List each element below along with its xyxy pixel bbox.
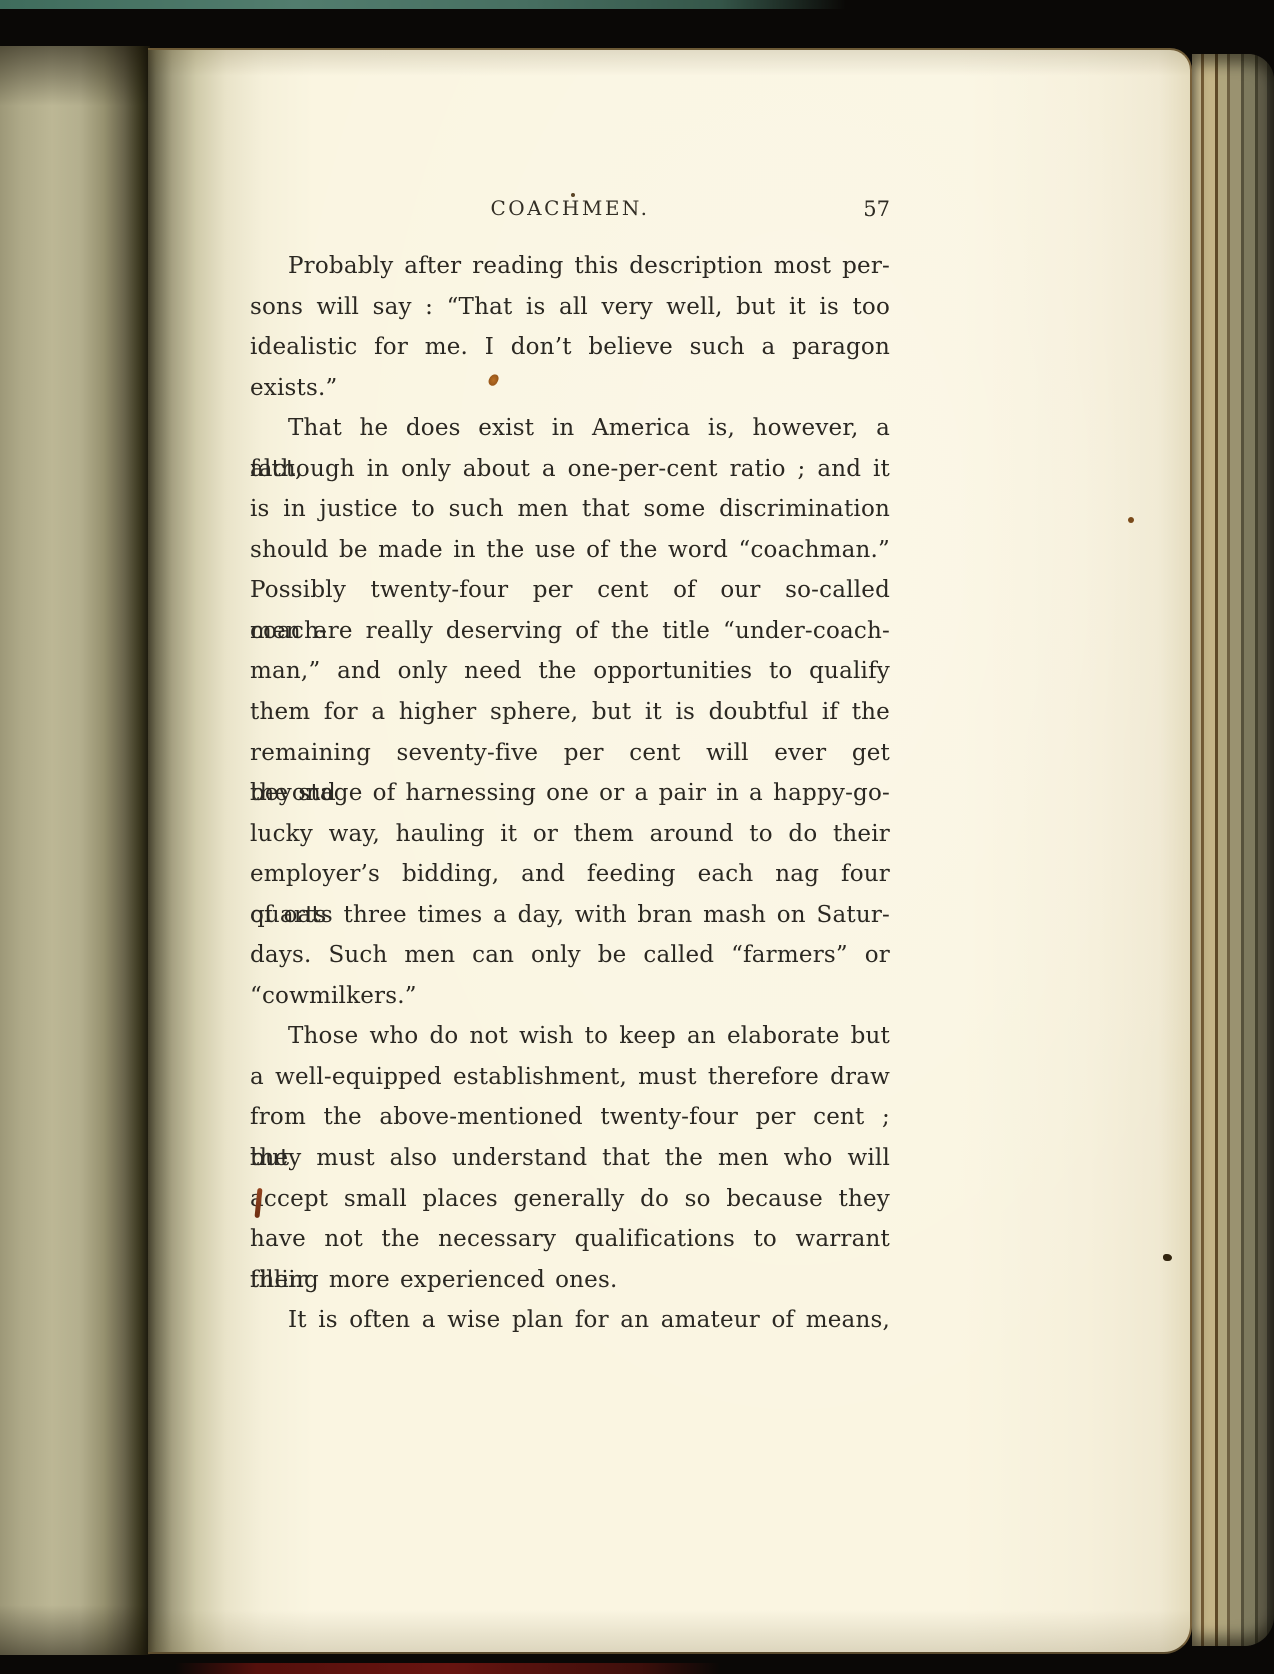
book-scan: COACHMEN. 57 Probably after reading this… xyxy=(0,0,1274,1674)
text-line: Those who do not wish to keep an elabora… xyxy=(250,1016,890,1057)
text-line: lucky way, hauling it or them around to … xyxy=(250,814,890,855)
text-line: It is often a wise plan for an amateur o… xyxy=(250,1300,890,1341)
text-line: of oats three times a day, with bran mas… xyxy=(250,895,890,936)
foxing-spot xyxy=(1128,517,1134,523)
text-line: men are really deserving of the title “u… xyxy=(250,611,890,652)
text-line: accept small places generally do so beca… xyxy=(250,1179,890,1220)
text-line: they must also understand that the men w… xyxy=(250,1138,890,1179)
foxing-spot xyxy=(1163,1254,1172,1261)
text-line: the stage of harnessing one or a pair in… xyxy=(250,773,890,814)
body-text: Probably after reading this description … xyxy=(250,246,890,1341)
foxing-spot xyxy=(571,193,575,197)
text-line: have not the necessary qualifications to… xyxy=(250,1219,890,1260)
text-line: That he does exist in America is, howeve… xyxy=(250,408,890,449)
page-header: COACHMEN. 57 xyxy=(250,194,890,224)
text-line: exists.” xyxy=(250,368,890,409)
text-line: filling more experienced ones. xyxy=(250,1260,890,1301)
text-line: man,” and only need the opportunities to… xyxy=(250,651,890,692)
top-film-strip xyxy=(0,0,846,9)
text-line: remaining seventy-five per cent will eve… xyxy=(250,733,890,774)
text-line: them for a higher sphere, but it is doub… xyxy=(250,692,890,733)
running-title: COACHMEN. xyxy=(250,194,890,222)
left-page-curl xyxy=(0,46,150,1655)
bottom-film-strip xyxy=(175,1663,720,1674)
page-number: 57 xyxy=(863,195,890,223)
text-line: a well-equipped establishment, must ther… xyxy=(250,1057,890,1098)
text-line: although in only about a one-per-cent ra… xyxy=(250,449,890,490)
text-line: is in justice to such men that some disc… xyxy=(250,489,890,530)
text-line: sons will say : “That is all very well, … xyxy=(250,287,890,328)
text-line: should be made in the use of the word “c… xyxy=(250,530,890,571)
text-line: employer’s bidding, and feeding each nag… xyxy=(250,854,890,895)
text-line: idealistic for me. I don’t believe such … xyxy=(250,327,890,368)
text-line: days. Such men can only be called “farme… xyxy=(250,935,890,976)
text-line: Probably after reading this description … xyxy=(250,246,890,287)
text-line: Possibly twenty-four per cent of our so-… xyxy=(250,570,890,611)
text-line: “cowmilkers.” xyxy=(250,976,890,1017)
page-edge-stack xyxy=(1192,54,1274,1646)
text-line: from the above-mentioned twenty-four per… xyxy=(250,1097,890,1138)
